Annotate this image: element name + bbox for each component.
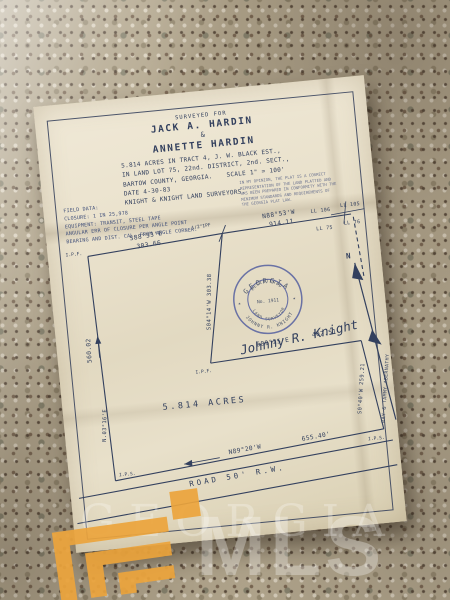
ll-105-label: LL 105	[340, 201, 360, 209]
dist-top-right: 914.11	[269, 218, 295, 229]
svg-text:LAND SURVEYOR: LAND SURVEYOR	[252, 306, 287, 323]
ll-76-label: LL 76	[344, 219, 361, 227]
dist-top-left: 303.66	[136, 239, 162, 250]
acreage-label: 5.814 ACRES	[162, 395, 246, 413]
adjoiner-east-label: RAY & TAMMY ABERNATHY	[381, 354, 391, 423]
watermark-mls-text: MLS	[196, 498, 385, 595]
north-label: N	[346, 251, 352, 260]
ll-75-label: LL 75	[316, 225, 333, 233]
survey-document: SURVEYED FOR JACK A. HARDIN & ANNETTE HA…	[33, 75, 406, 553]
bearing-east: S0°40'W 259.21	[357, 363, 366, 414]
west-arrowhead	[95, 336, 102, 345]
seal-land-surveyor-text: LAND SURVEYOR	[252, 306, 287, 323]
bearing-west: N.03°16'E	[102, 409, 108, 442]
seal-star-right: ✶	[293, 297, 296, 302]
ipf-mid-marker: I.P.F.	[195, 368, 212, 376]
dist-bottom: 655.40'	[301, 431, 331, 443]
bearing-bottom: N89°20'W	[228, 442, 262, 456]
ips-se-marker: I.P.S.	[368, 435, 385, 443]
dist-west: 560.02	[85, 338, 93, 363]
svg-text:GEORGIA: GEORGIA	[241, 275, 292, 297]
north-arrow-barb	[367, 329, 381, 346]
seal-georgia-text: GEORGIA	[241, 275, 292, 297]
ipf-nw-marker: I.P.F.	[65, 251, 82, 259]
georgia-mls-logo-icon	[44, 481, 217, 600]
north-arrowhead	[351, 262, 364, 281]
interior-west-line	[198, 233, 234, 363]
ll-106-label: LL 106	[310, 207, 330, 215]
west-boundary-line	[88, 256, 116, 482]
seal-star-left: ✶	[238, 302, 241, 307]
plat-drawing: N S88°53'E 303.66 N88°53'W 914.11 S89°25…	[46, 203, 406, 543]
surveyor-seal: GEORGIA REGISTERED No. 1911 LAND SURVEYO…	[231, 262, 305, 336]
logo-square	[169, 488, 201, 520]
ipf-junction-marker: 1/2"IPF	[191, 222, 211, 231]
seal-number-text: No. 1911	[257, 297, 280, 305]
bearing-mid: S04°14'W 303.38	[207, 273, 213, 330]
